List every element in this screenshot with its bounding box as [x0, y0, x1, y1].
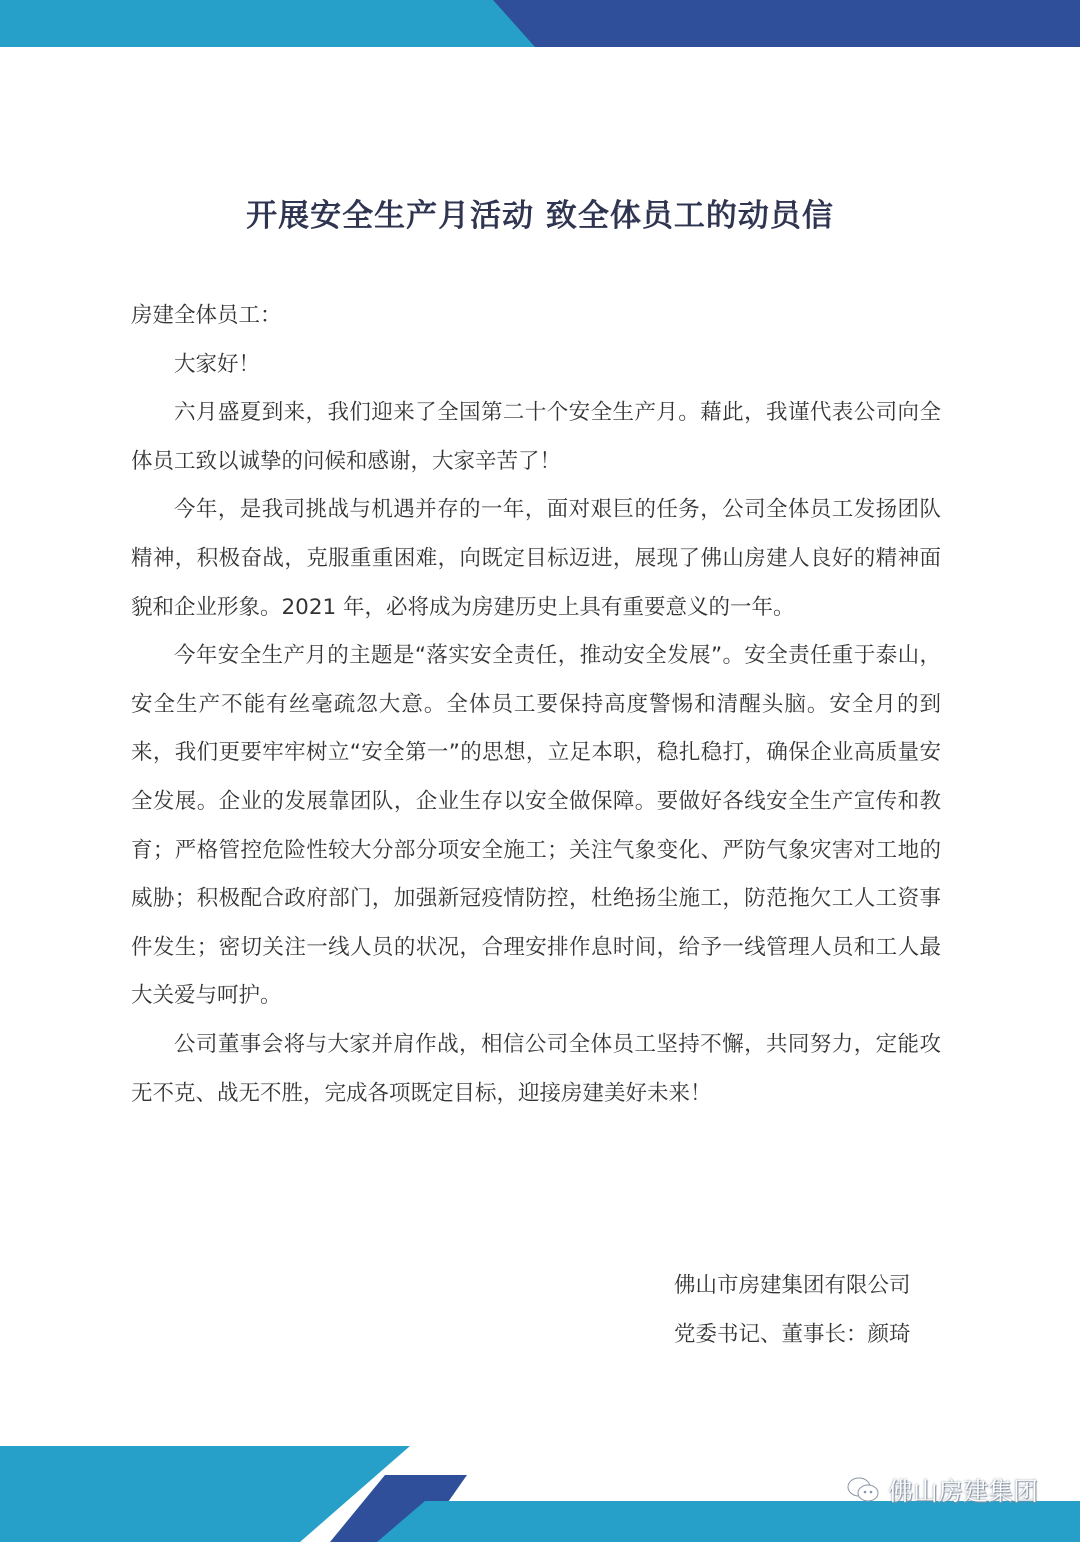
watermark-text: 佛山房建集团 — [888, 1472, 1038, 1508]
paragraph-3: 今年安全生产月的主题是“落实安全责任，推动安全发展”。安全责任重于泰山，安全生产… — [131, 632, 941, 1021]
paragraph-2: 今年，是我司挑战与机遇并存的一年，面对艰巨的任务，公司全体员工发扬团队精神，积极… — [131, 486, 941, 632]
signature-signer: 党委书记、董事长：颜琦 — [674, 1311, 944, 1360]
signature-company: 佛山市房建集团有限公司 — [674, 1262, 944, 1311]
greeting: 大家好！ — [131, 341, 941, 390]
watermark: 佛山房建集团 — [846, 1472, 1038, 1508]
wechat-icon — [846, 1475, 880, 1505]
letter-body: 房建全体员工： 大家好！ 六月盛夏到来，我们迎来了全国第二十个安全生产月。藉此，… — [131, 292, 941, 1118]
top-decorative-band — [0, 0, 1080, 48]
page-title: 开展安全生产月活动 致全体员工的动员信 — [0, 190, 1080, 235]
paragraph-4: 公司董事会将与大家并肩作战，相信公司全体员工坚持不懈，共同努力，定能攻无不克、战… — [131, 1021, 941, 1118]
salutation: 房建全体员工： — [131, 292, 941, 341]
signature-block: 佛山市房建集团有限公司 党委书记、董事长：颜琦 — [674, 1262, 944, 1359]
paragraph-1: 六月盛夏到来，我们迎来了全国第二十个安全生产月。藉此，我谨代表公司向全体员工致以… — [131, 389, 941, 486]
